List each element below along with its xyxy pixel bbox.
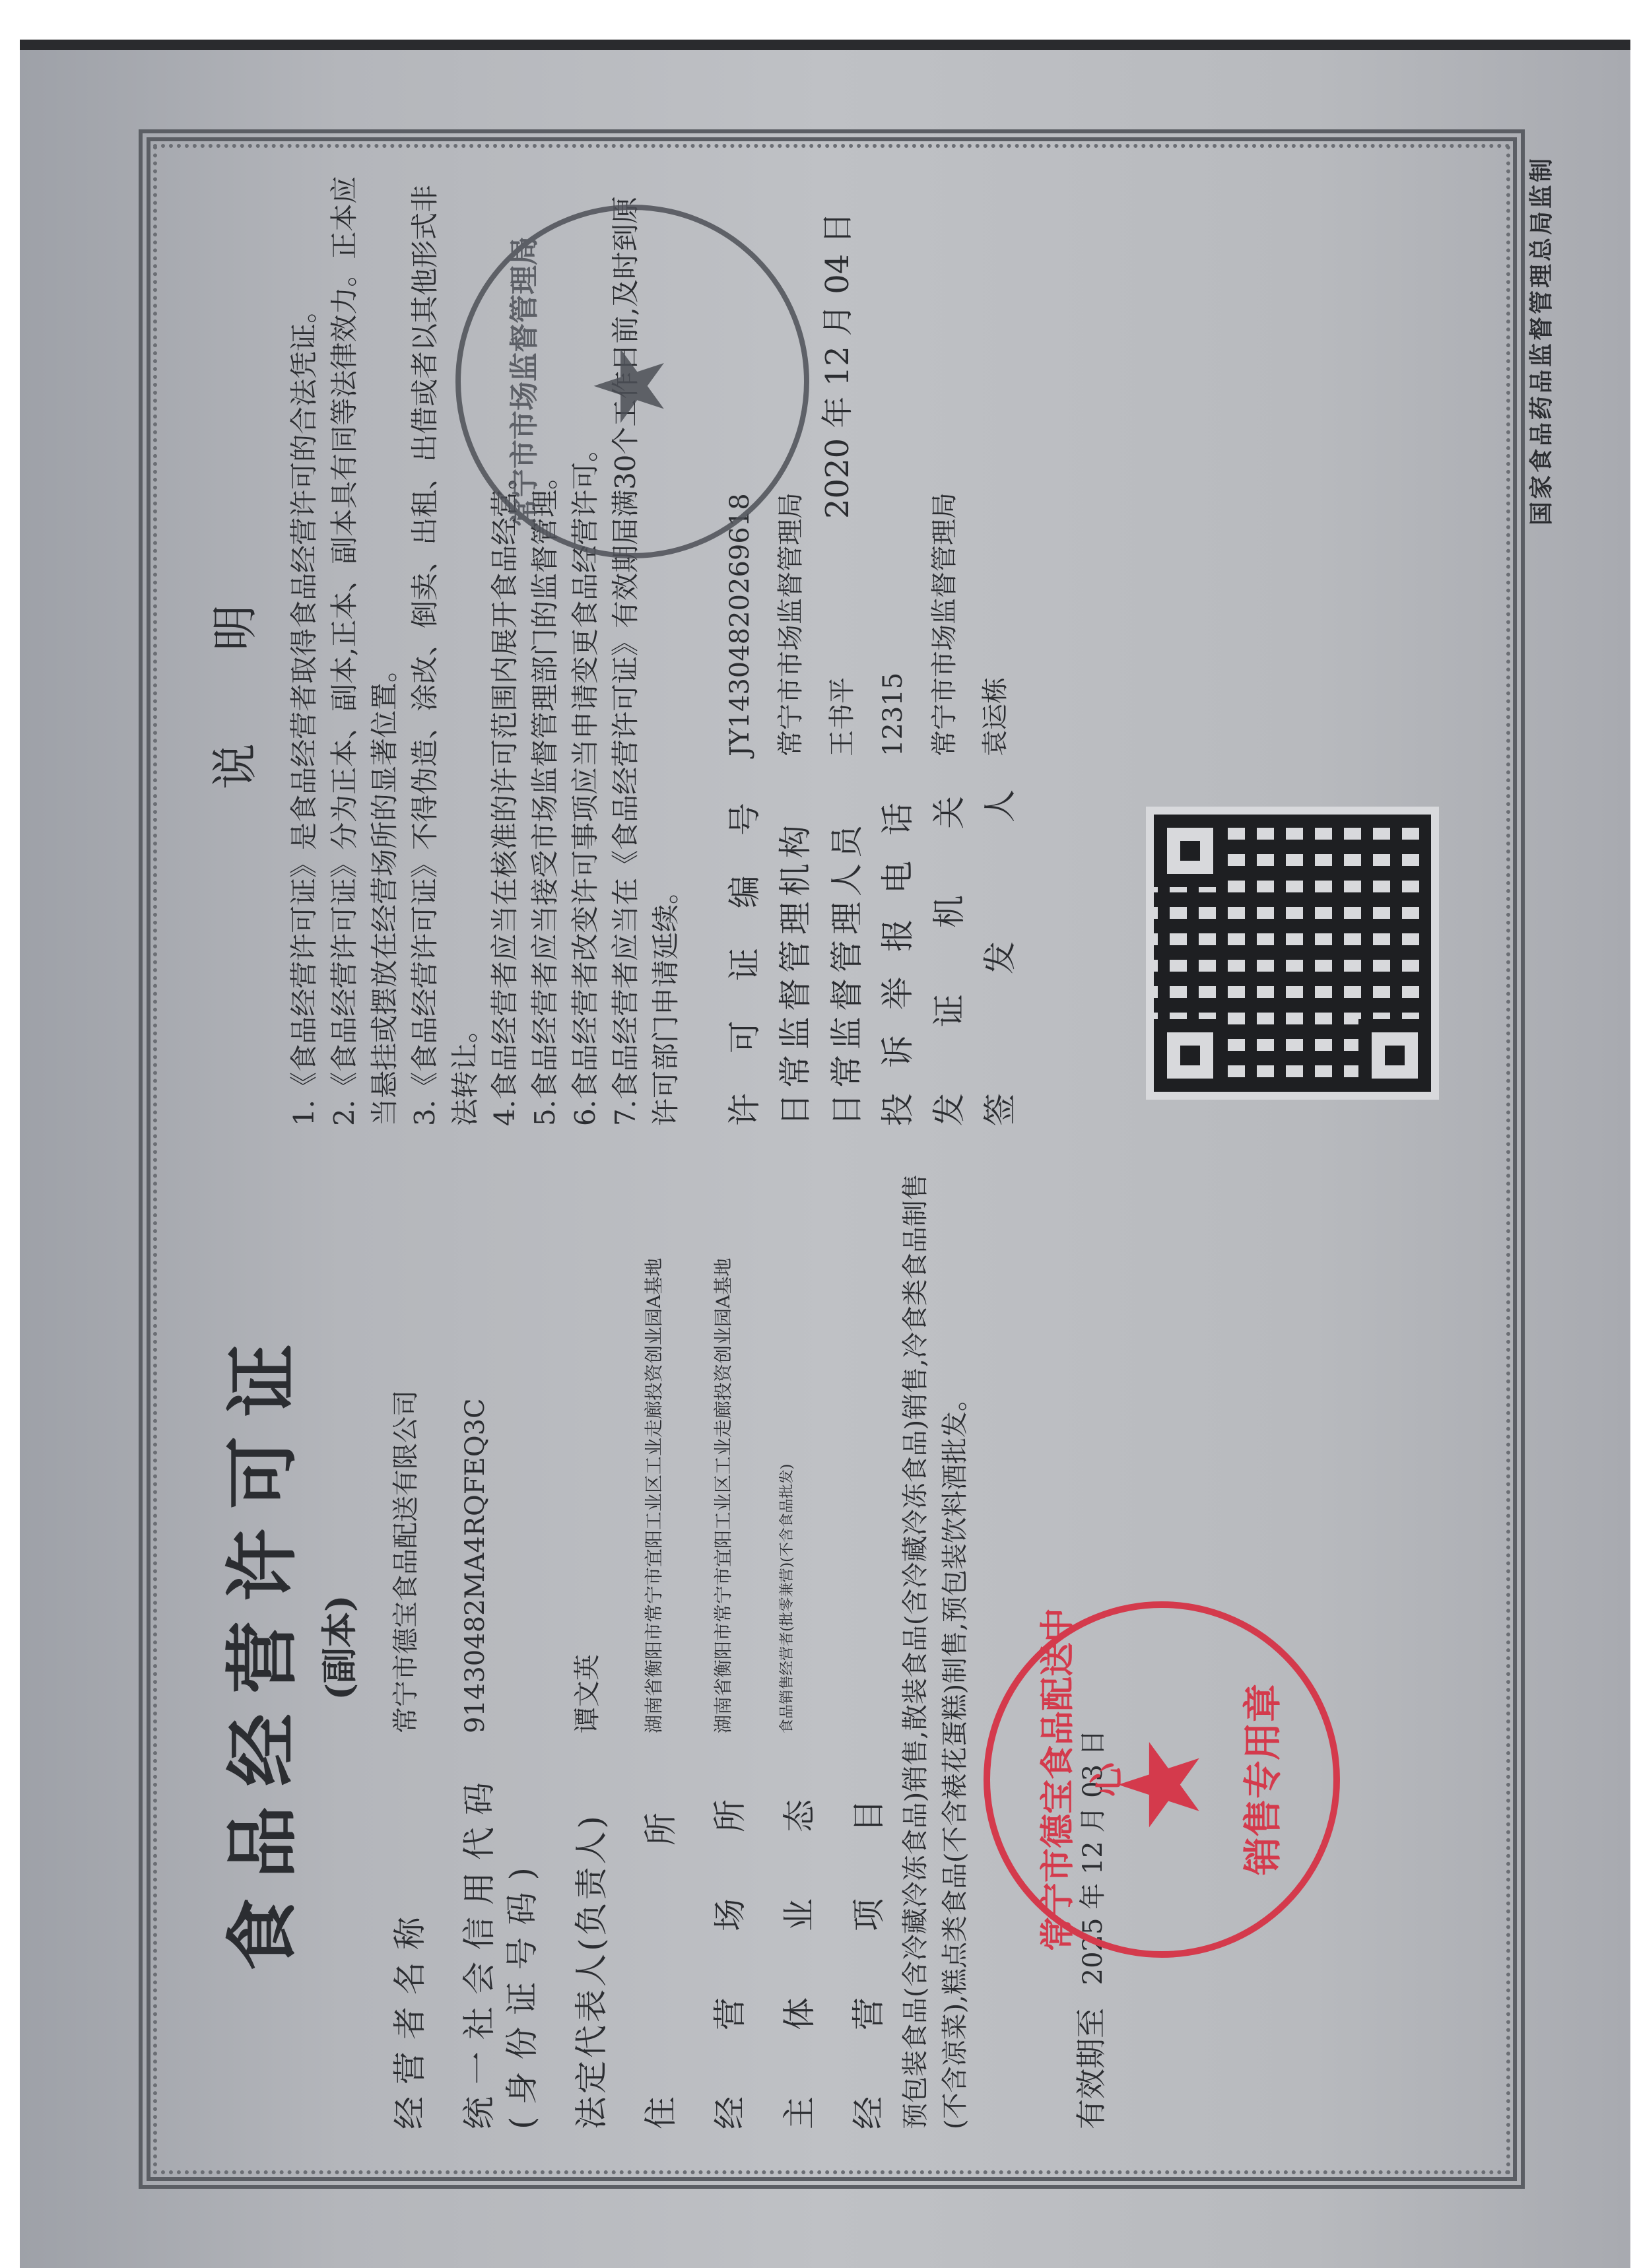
- license-title: 食品经营许可证: [205, 1166, 309, 2129]
- scanned-page: 食品经营许可证 (副本) 经营者名称 常宁市德宝食品配送有限公司 统一社会信用代…: [20, 40, 1630, 2268]
- field-premises: 经营场所 湖南省衡阳市常宁市宜阳工业区工业走廊投资创业园A基地: [709, 1166, 752, 2129]
- license-notes-section: 说明 1.《食品经营许可证》是食品经营者取得食品经营许可的合法凭证。 2.《食品…: [178, 176, 1498, 1126]
- authority-seal: 常宁市市场监督管理局 ★: [455, 205, 809, 558]
- field-business-scope-value: 预包装食品(含冷藏冷冻食品)销售,散装食品(含冷藏冷冻食品)销售,冷食类食品制售…: [896, 1166, 975, 2129]
- field-value: 谭文英: [570, 1654, 613, 1733]
- field-credit-code: 统一社会信用代码 (身份证号码) 91430482MA4RQFEQ3C: [458, 1166, 544, 2129]
- notes-title: 说明: [198, 176, 265, 1126]
- field-value: 91430482MA4RQFEQ3C: [458, 1398, 544, 1733]
- qr-finder-pattern: [1358, 1019, 1431, 1092]
- star-icon: ★: [580, 347, 681, 424]
- field-label: 经营场所: [709, 1733, 752, 2129]
- field-sublabel: (身份证号码): [503, 1855, 541, 2129]
- field-label: 统一社会信用代码: [460, 1770, 498, 2129]
- info-signer: 签发人 袁运栋: [975, 176, 1026, 1126]
- qr-finder-pattern: [1154, 1019, 1226, 1092]
- star-icon: ★: [1102, 1741, 1219, 1829]
- field-business-type: 主体业态 食品销售经营者(批零兼营)(不含食品批发): [778, 1166, 821, 2129]
- info-complaint-phone: 投诉举报电话 12315: [873, 176, 924, 1126]
- field-operator-name: 经营者名称 常宁市德宝食品配送有限公司: [389, 1166, 432, 2129]
- expiry-label: 有效期至: [1073, 2008, 1109, 2129]
- info-issuing-authority: 发证机关 常宁市市场监督管理局: [924, 176, 976, 1126]
- license-main-section: 食品经营许可证 (副本) 经营者名称 常宁市德宝食品配送有限公司 统一社会信用代…: [178, 1166, 1498, 2129]
- field-value: 湖南省衡阳市常宁市宜阳工业区工业走廊投资创业园A基地: [709, 1258, 752, 1733]
- field-label: 住所: [640, 1733, 683, 2129]
- company-red-seal: 常宁市德宝食品配送中心 ★ 销售专用章: [984, 1601, 1340, 1958]
- field-value: 食品销售经营者(批零兼营)(不含食品批发): [778, 1464, 821, 1733]
- red-seal-bottom-text: 销售专用章: [1232, 1608, 1287, 1951]
- qr-finder-pattern: [1154, 815, 1226, 887]
- authority-seal-text: 常宁市市场监督管理局: [500, 210, 543, 553]
- field-business-scope-label: 经营项目: [848, 1166, 890, 2129]
- issue-date: 2020 年 12 月 04 日: [812, 212, 857, 519]
- field-value: 湖南省衡阳市常宁市宜阳工业区工业走廊投资创业园A基地: [640, 1258, 683, 1733]
- footer-issuer: 国家食品药品监督管理总局监制: [1523, 156, 1556, 525]
- qr-code: [1146, 807, 1439, 1100]
- note-item: 1.《食品经营许可证》是食品经营者取得食品经营许可的合法凭证。: [284, 176, 325, 1126]
- field-legal-rep: 法定代表人(负责人) 谭文英: [570, 1166, 613, 2129]
- note-item: 2.《食品经营许可证》分为正本、副本,正本、副本具有同等法律效力。正本应当悬挂或…: [325, 176, 405, 1126]
- field-label: 法定代表人(负责人): [570, 1733, 613, 2129]
- field-label: 经营项目: [848, 1733, 890, 2129]
- license-subtitle: (副本): [312, 1166, 362, 2129]
- field-label: 主体业态: [778, 1733, 821, 2129]
- field-residence: 住所 湖南省衡阳市常宁市宜阳工业区工业走廊投资创业园A基地: [640, 1166, 683, 2129]
- field-label: 经营者名称: [389, 1733, 432, 2129]
- food-business-license: 食品经营许可证 (副本) 经营者名称 常宁市德宝食品配送有限公司 统一社会信用代…: [99, 110, 1551, 2209]
- field-value: 常宁市德宝食品配送有限公司: [389, 1390, 432, 1733]
